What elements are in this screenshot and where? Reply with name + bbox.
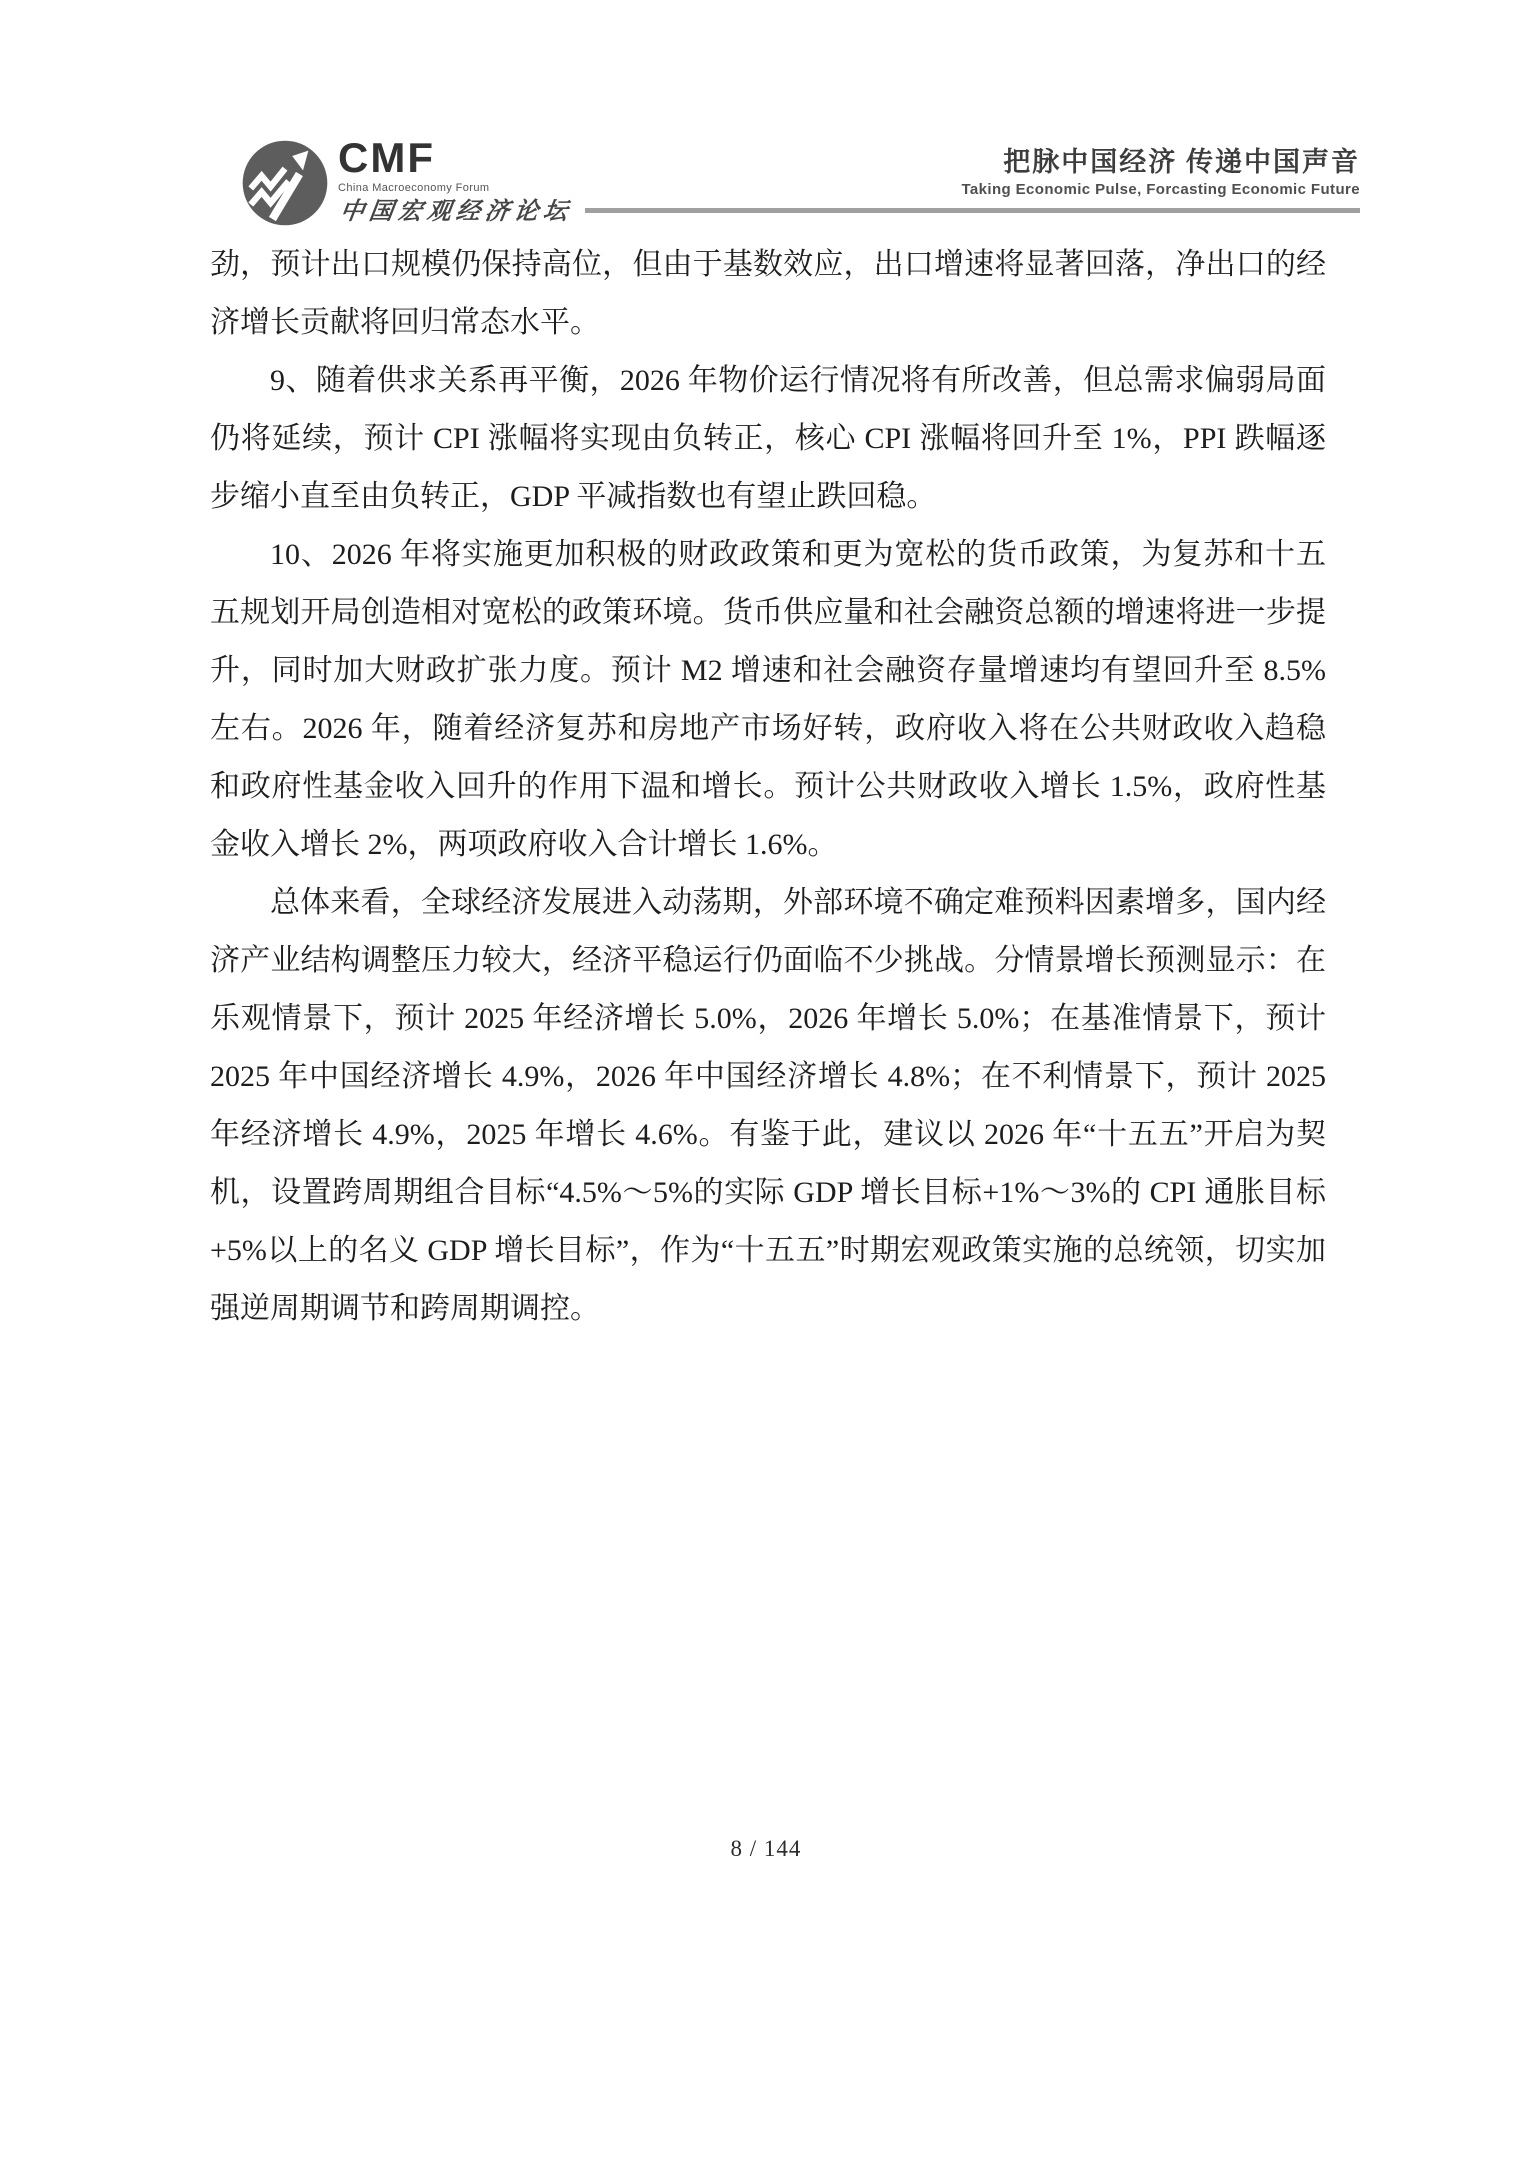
header-slogan-zh: 把脉中国经济 传递中国声音 bbox=[961, 146, 1360, 178]
logo-text-block: CMF China Macroeconomy Forum 中国宏观经济论坛 bbox=[338, 136, 570, 227]
document-page: CMF China Macroeconomy Forum 中国宏观经济论坛 把脉… bbox=[0, 0, 1532, 2167]
logo-acronym: CMF bbox=[338, 136, 570, 180]
header-slogan-en: Taking Economic Pulse, Forcasting Econom… bbox=[961, 180, 1360, 200]
logo-org-name-zh: 中国宏观经济论坛 bbox=[338, 197, 574, 227]
trend-arrow-chart-icon bbox=[240, 138, 330, 228]
header-divider-rule bbox=[585, 208, 1360, 213]
cmf-logo: CMF China Macroeconomy Forum 中国宏观经济论坛 bbox=[240, 136, 570, 246]
header-slogan-block: 把脉中国经济 传递中国声音 Taking Economic Pulse, For… bbox=[961, 146, 1360, 200]
page-number: 8 / 144 bbox=[0, 1836, 1532, 1862]
paragraph: 9、随着供求关系再平衡，2026 年物价运行情况将有所改善，但总需求偏弱局面仍将… bbox=[210, 352, 1326, 526]
logo-org-name-en: China Macroeconomy Forum bbox=[338, 182, 570, 195]
document-body: 劲，预计出口规模仍保持高位，但由于基数效应，出口增速将显著回落，净出口的经济增长… bbox=[210, 236, 1326, 1338]
paragraph: 10、2026 年将实施更加积极的财政政策和更为宽松的货币政策，为复苏和十五五规… bbox=[210, 526, 1326, 874]
paragraph: 劲，预计出口规模仍保持高位，但由于基数效应，出口增速将显著回落，净出口的经济增长… bbox=[210, 236, 1326, 352]
paragraph: 总体来看，全球经济发展进入动荡期，外部环境不确定难预料因素增多，国内经济产业结构… bbox=[210, 874, 1326, 1338]
